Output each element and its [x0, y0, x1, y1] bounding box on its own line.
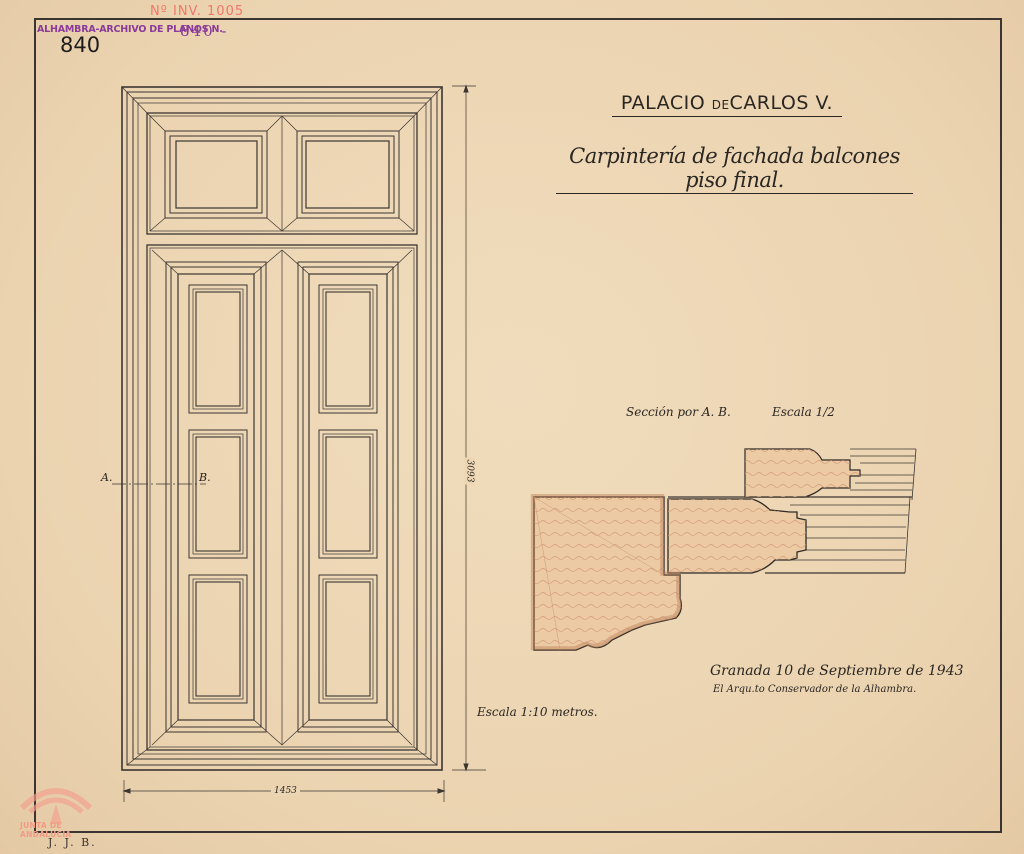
section-mark-a: A.: [101, 471, 112, 484]
place-date: Granada 10 de Septiembre de 1943: [710, 663, 964, 679]
section-mark-b: B.: [199, 471, 211, 484]
signatory: El Arqu.to Conservador de la Alhambra.: [713, 684, 916, 695]
height-dimension-label: 3093: [464, 458, 474, 485]
elevation-scale: Escala 1:10 metros.: [477, 705, 598, 719]
section-label: Sección por A. B.: [626, 405, 731, 419]
section-scale: Escala 1/2: [772, 405, 835, 419]
draftsman-initials: J. J. B.: [48, 836, 97, 849]
section-profile-drawing: [0, 0, 1024, 854]
width-dimension-label: 1453: [271, 786, 300, 796]
